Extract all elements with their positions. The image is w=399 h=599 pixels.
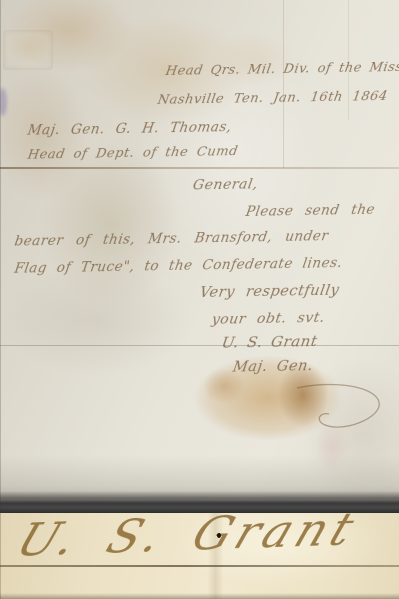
letter-body-line3: Flag of Truce", to the Confederate lines… [13,255,343,277]
signature-closeup-strip: U. S. Grant [0,513,399,599]
letter-photo-screenshot: Head Qrs. Mil. Div. of the Miss. Nashvil… [0,0,399,599]
letter-addressee-line1: Maj. Gen. G. H. Thomas, [26,119,232,139]
letter-closing-line2: your obt. svt. [211,310,326,328]
letter-salutation: General, [192,176,259,193]
horizontal-fold-line-lower [0,345,399,346]
letter-closing-line1: Very respectfully [199,283,341,301]
embossed-stationery-stamp [3,30,53,70]
letter-heading-line1: Head Qrs. Mil. Div. of the Miss. [164,60,399,79]
letter-page-photo: Head Qrs. Mil. Div. of the Miss. Nashvil… [0,0,399,513]
ruled-baseline [0,565,399,567]
letter-body-line1: Please send the [245,202,377,220]
grant-signature-large: U. S. Grant [10,501,367,567]
vertical-fold-line [283,0,284,168]
letter-heading-line2: Nashville Ten. Jan. 16th 1864 [156,89,388,108]
strip-bottom-shadow [0,593,399,599]
horizontal-fold-line-upper [0,167,399,169]
letter-addressee-line2: Head of Dept. of the Cumd [27,144,240,163]
photo-left-edge [0,0,1,599]
ink-blot-purple [0,88,7,116]
letter-signer-rank: Maj. Gen. [232,358,315,375]
pen-flourish-stroke [295,378,387,440]
letter-body-line2: bearer of this, Mrs. Bransford, under [13,228,329,249]
ink-speck [217,533,221,538]
letter-signature: U. S. Grant [220,332,319,352]
